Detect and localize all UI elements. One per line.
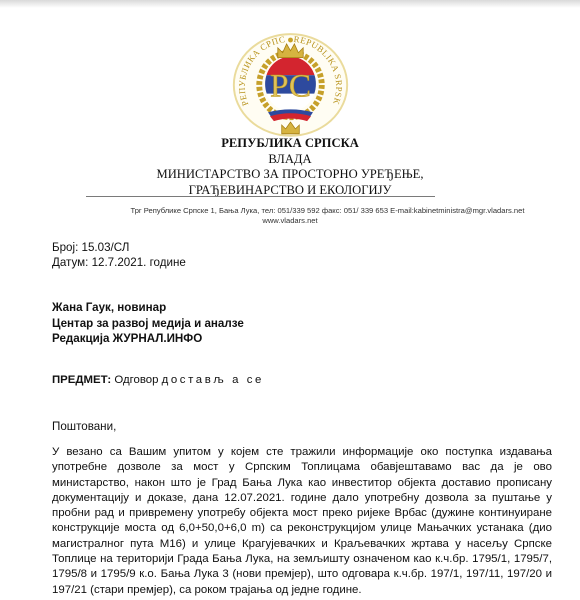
subject-label: ПРЕДМЕТ: <box>52 374 111 386</box>
letterhead: РЕПУБЛИКА СРПСКА ВЛАДА МИНИСТАРСТВО ЗА П… <box>0 136 580 198</box>
contact-info: Трг Републике Српске 1, Бања Лука, тел: … <box>0 206 580 226</box>
recipient-block: Жана Гаук, новинар Центар за развој меди… <box>52 300 244 347</box>
svg-text:РС: РС <box>270 68 311 105</box>
letter-body: У везано са Вашим упитом у којем сте тра… <box>52 445 552 598</box>
letterhead-divider <box>86 196 435 197</box>
subject-spaced-text: достављ а се <box>162 374 264 386</box>
document-meta: Број: 15.03/СЛ Датум: 12.7.2021. године <box>52 240 186 270</box>
subject-line: ПРЕДМЕТ: Одговор достављ а се <box>52 374 264 386</box>
subject-word: Одговор <box>114 374 158 386</box>
government-name: ВЛАДА <box>0 152 580 168</box>
website-link[interactable]: www.vladars.net <box>0 216 580 226</box>
document-number: Број: 15.03/СЛ <box>52 240 186 255</box>
page-top-shadow <box>0 0 580 8</box>
ministry-name-line1: МИНИСТАРСТВО ЗА ПРОСТОРНО УРЕЂЕЊЕ, <box>0 167 580 183</box>
coat-of-arms-seal-icon: РЕПУБЛИКА СРПСКА REPUBLIKA SRPSKA РС <box>227 28 354 138</box>
contact-line: Трг Републике Српске 1, Бања Лука, тел: … <box>0 206 580 216</box>
recipient-name: Жана Гаук, новинар <box>52 300 244 316</box>
greeting: Поштовани, <box>52 420 116 433</box>
document-date: Датум: 12.7.2021. године <box>52 255 186 270</box>
recipient-organization: Центар за развој медија и аналзе <box>52 316 244 332</box>
recipient-editorial: Редакција ЖУРНАЛ.ИНФО <box>52 331 244 347</box>
republic-name: РЕПУБЛИКА СРПСКА <box>0 136 580 152</box>
